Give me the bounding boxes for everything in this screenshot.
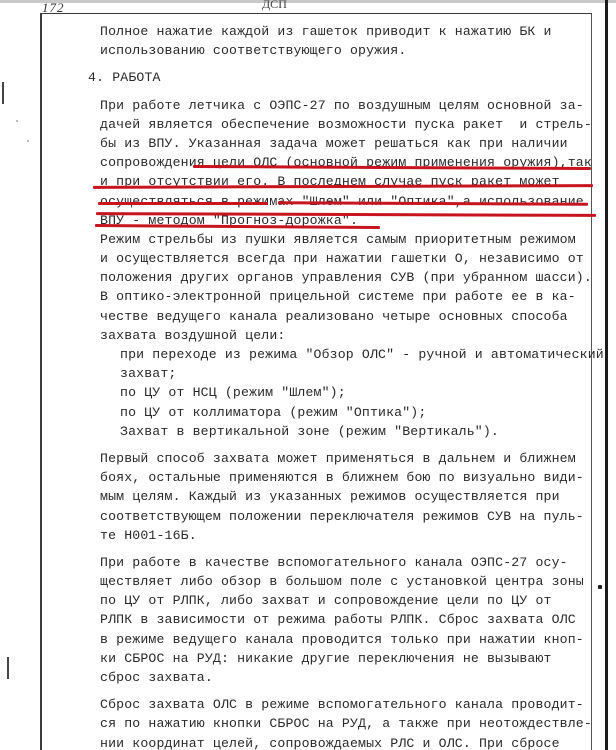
text-line: В оптико-электронной прицельной системе … (100, 287, 590, 306)
scan-speck (27, 140, 29, 142)
text-line: захвата воздушной цели: (100, 326, 590, 345)
list-item: по ЦУ от коллиматора (режим "Оптика"); (100, 403, 590, 422)
header-rule (40, 13, 592, 14)
paragraph-reset-capture: Сброс захвата ОЛС в режиме вспомогательн… (100, 695, 590, 750)
text-line: в режиме ведущего канала проводится толь… (100, 630, 590, 649)
text-line: боях, остальные применяются в ближнем бо… (100, 468, 590, 487)
text-line: нии координат целей, сопровождаемых РЛС … (100, 734, 590, 750)
text-line: Сброс захвата ОЛС в режиме вспомогательн… (100, 695, 590, 714)
text-line: При работе в качестве вспомогательного к… (100, 553, 590, 572)
text-line: ся по нажатию кнопки СБРОС на РУД, а так… (100, 714, 590, 733)
scan-speck (16, 120, 18, 122)
paragraph-auxiliary-channel: При работе в качестве вспомогательного к… (100, 553, 590, 687)
text-line: Первый способ захвата может применяться … (100, 449, 590, 468)
text-line: сброс захвата. (100, 668, 590, 687)
scan-border-right (605, 0, 608, 750)
text-line: соответствующем положении переключателя … (100, 507, 590, 526)
page-frame-left (40, 14, 42, 750)
text-line: и при отсутствии его. В последнем случае… (100, 172, 590, 191)
text-line: использованию соответствующего оружия. (100, 41, 590, 60)
text-line: Режим стрельбы из пушки является самым п… (100, 230, 590, 249)
list-item: при переходе из режима "Обзор ОЛС" - руч… (100, 345, 590, 364)
section-heading: 4. РАБОТА (88, 68, 590, 87)
paragraph-trigger-press: Полное нажатие каждой из гашеток приводи… (100, 22, 590, 60)
list-item: по ЦУ от НСЦ (режим "Шлем"); (100, 383, 590, 402)
text-line: сопровождения цели ОЛС (основной режим п… (100, 153, 590, 172)
paragraph-capture-usage: Первый способ захвата может применяться … (100, 449, 590, 545)
paragraph-operation: При работе летчика с ОЭПС-27 по воздушны… (100, 96, 590, 345)
scan-top-edge (0, 0, 616, 3)
text-line: и осуществляется всегда при нажатии гаше… (100, 249, 590, 268)
text-line: РЛПК в зависимости от режима работы РЛПК… (100, 610, 590, 629)
margin-mark (2, 82, 4, 104)
document-body: Полное нажатие каждой из гашеток приводи… (100, 22, 590, 750)
text-line: При работе летчика с ОЭПС-27 по воздушны… (100, 96, 590, 115)
text-line: по ЦУ от РЛПК, либо захват и сопровожден… (100, 591, 590, 610)
text-line: те Н001-16Б. (100, 526, 590, 545)
header-mark: ДСП (262, 0, 287, 12)
list-item: захват; (100, 364, 590, 383)
text-line: бы из ВПУ. Указанная задача может решать… (100, 134, 590, 153)
text-line: ки СБРОС на РУД: никакие другие переключ… (100, 649, 590, 668)
capture-modes-list: при переходе из режима "Обзор ОЛС" - руч… (100, 345, 590, 441)
text-line: честве ведущего канала реализовано четыр… (100, 307, 590, 326)
text-line: дачей является обеспечение возможности п… (100, 115, 590, 134)
text-line: положения других органов управления СУВ … (100, 268, 590, 287)
scan-speck (598, 585, 602, 589)
list-item: Захват в вертикальной зоне (режим "Верти… (100, 422, 590, 441)
text-line: ществляет либо обзор в большом поле с ус… (100, 572, 590, 591)
text-line: Полное нажатие каждой из гашеток приводи… (100, 22, 590, 41)
margin-mark (7, 657, 9, 679)
text-line: мым целям. Каждый из указанных режимов о… (100, 487, 590, 506)
